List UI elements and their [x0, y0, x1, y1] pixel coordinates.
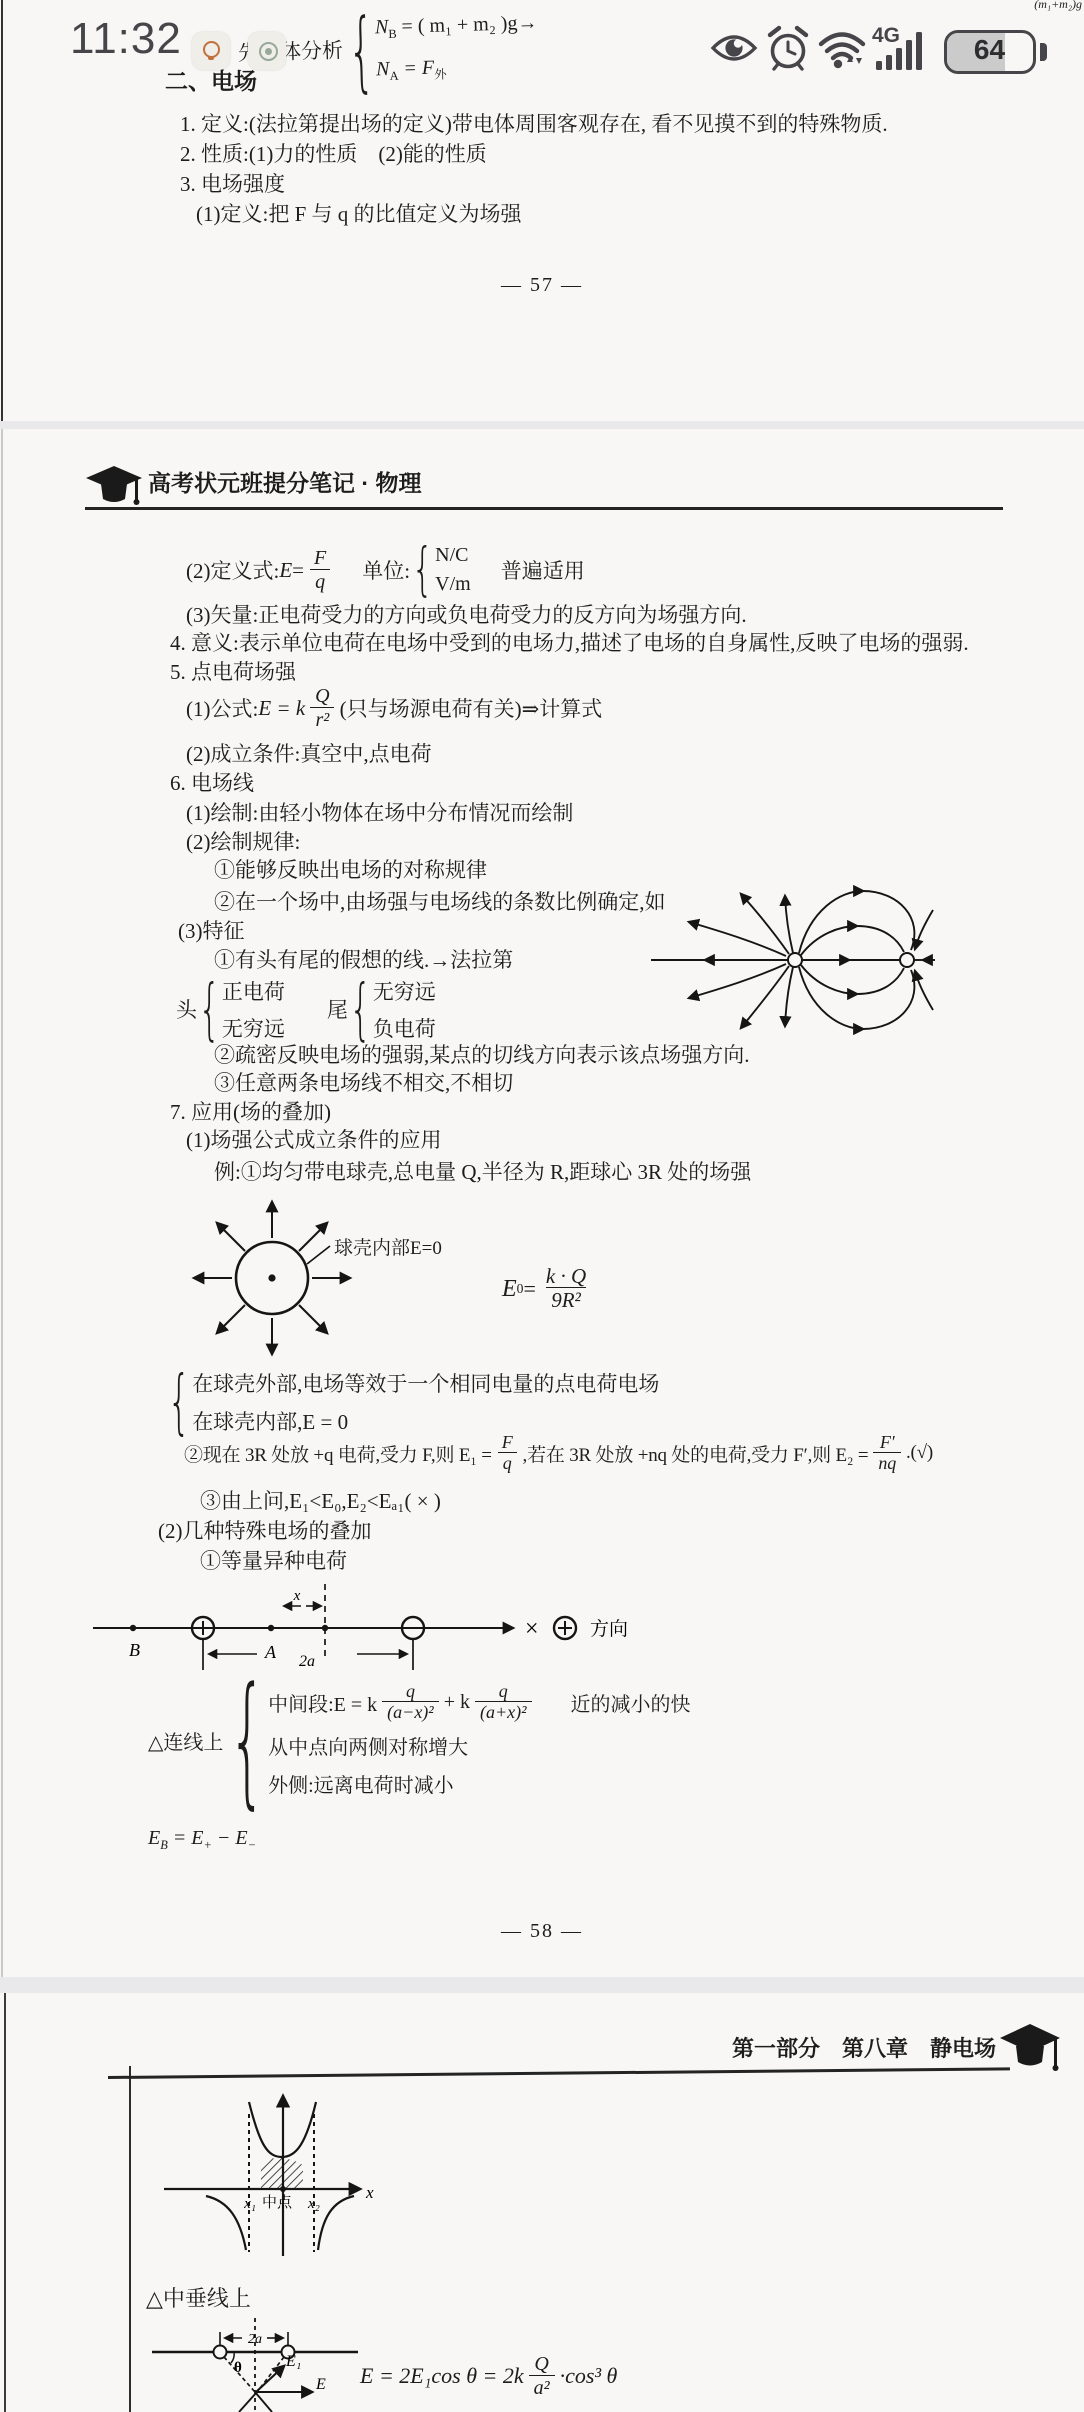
frac-den: (a−x)² [382, 1701, 439, 1723]
frac-den: 9R² [546, 1287, 586, 1312]
note-line: ①能够反映出电场的对称规律 [214, 858, 487, 883]
frac-num: F [497, 1433, 518, 1452]
app-glyph-dot [208, 56, 214, 60]
note-line: ②疏密反映电场的强弱,某点的切线方向表示该点场强方向. [214, 1043, 750, 1068]
left-brace: { [412, 537, 434, 603]
tail-option: 负电荷 [373, 1013, 436, 1043]
head-option: 正电荷 [222, 976, 285, 1006]
sphere-annotation: 球壳内部E=0 [334, 1238, 442, 1261]
label-x1: x₁ [243, 2196, 256, 2212]
frac-num: F′ [875, 1433, 900, 1452]
var: E = k [258, 696, 305, 721]
text: (1)公式: [186, 693, 258, 723]
online-cases-block: △连线上 { 中间段:E = k q(a−x)² + k q(a+x)² 近的减… [148, 1664, 691, 1816]
frac-num: k · Q [541, 1265, 591, 1287]
unit-label: 单位: [362, 555, 410, 585]
case-note: 近的减小的快 [571, 1688, 691, 1717]
label-theta: θ [234, 2360, 242, 2376]
frac-den: (a+x)² [475, 1701, 532, 1723]
note-line: 1. 定义:(法拉第提出场的定义)带电体周围客观存在, 看不见摸不到的特殊物质. [180, 112, 888, 137]
case-middle: 中间段:E = k q(a−x)² + k q(a+x)² 近的减小的快 [268, 1682, 690, 1723]
note-line: (1)绘制:由轻小物体在场中分布情况而绘制 [186, 801, 573, 826]
frac-num: q [494, 1682, 513, 1701]
note-line: 7. 应用(场的叠加) [170, 1100, 331, 1125]
alarm-clock-icon [766, 24, 810, 72]
sphere-center-dot [268, 1274, 275, 1281]
text: = [292, 558, 304, 583]
unit-option: N/C [435, 544, 471, 567]
tail-label: 尾 [327, 994, 348, 1024]
field-vs-position-graph: x₁ 中点 x₂ x [150, 2086, 410, 2282]
notification-app-icon-1 [192, 32, 230, 70]
frac-den: a² [529, 2375, 555, 2399]
text: 普遍适用 [501, 555, 585, 585]
note-line: 4. 意义:表示单位电荷在电场中受到的电场力,描述了电场的自身属性,反映了电场的… [170, 631, 969, 656]
text: E = 2E₁cos θ = 2k [360, 2363, 524, 2389]
book-title: 高考状元班提分笔记 · 物理 [148, 470, 421, 498]
left-brace: { [349, 970, 371, 1048]
head-option: 无穷远 [222, 1013, 285, 1043]
wifi-icon [818, 28, 866, 70]
cross-symbol: × [525, 1616, 539, 1642]
label-x: x [293, 1588, 301, 1604]
charge-left [214, 2346, 227, 2359]
frac-num: Q [310, 686, 334, 707]
app-glyph-dot [265, 48, 272, 55]
unit-option: V/m [435, 573, 471, 596]
cases-label: △连线上 [148, 1726, 223, 1755]
note-line: ①等量异种电荷 [200, 1549, 347, 1574]
note-line: (3)矢量:正电荷受力的方向或负电荷受力的反方向为场强方向. [186, 603, 747, 628]
page-number-58: — 58 — [0, 1920, 1084, 1943]
label-B: B [129, 1640, 140, 1660]
formula-line-point-charge: (1)公式: E = k Qr² (只与场源电荷有关)⇒计算式 [186, 678, 602, 738]
note-line: ③由上问,E₁<E₀,E₂<Eₐ₁( × ) [200, 1489, 441, 1514]
formula-E0: E0 = k · Q9R² [502, 1256, 596, 1322]
axis-label-x: x [365, 2183, 374, 2202]
text: (2)定义式: [186, 555, 279, 585]
frac-num: Q [529, 2354, 553, 2375]
eye-protection-icon [710, 30, 758, 66]
status-time: 11:32 [70, 14, 182, 64]
section-heading: 二、电场 [165, 68, 257, 96]
text: ·cos³ θ [560, 2363, 618, 2389]
note-line: (2)绘制规律: [186, 830, 300, 855]
subscript: 0 [517, 1281, 524, 1297]
text: ②现在 3R 处放 +q 电荷,受力 F,则 E₁ = [184, 1440, 492, 1467]
text: 中间段:E = k [268, 1688, 377, 1717]
scan-edge-line [4, 1993, 6, 2412]
dipole-field-lines-diagram [635, 878, 935, 1044]
note-line: (2)几种特殊电场的叠加 [158, 1519, 372, 1544]
section-label: △中垂线上 [146, 2286, 251, 2312]
text: ,若在 3R 处放 +nq 处的电荷,受力 F′,则 E₂ = [523, 1440, 869, 1467]
note-line: ③任意两条电场线不相交,不相切 [214, 1071, 513, 1096]
note-line: 例:①均匀带电球壳,总电量 Q,半径为 R,距球心 3R 处的场强 [214, 1160, 751, 1185]
formula-line-force: ②现在 3R 处放 +q 电荷,受力 F,则 E₁ = Fq ,若在 3R 处放… [184, 1422, 933, 1484]
signal-strength-icon [874, 28, 928, 70]
battery-percent: 64 [947, 34, 1032, 66]
label-2a: 2a [248, 2332, 262, 2347]
notification-app-icon-2 [248, 32, 286, 70]
frac-den: q [310, 569, 330, 593]
text: .(√) [906, 1442, 933, 1464]
formula-EB: EB = E+ − E− [148, 1826, 256, 1853]
case-line: 从中点向两侧对称增大 [268, 1731, 690, 1760]
scan-edge-line [1, 429, 3, 1977]
note-line: (1)场强公式成立条件的应用 [186, 1128, 442, 1153]
positive-charge [788, 953, 802, 967]
tail-option: 无穷远 [373, 976, 436, 1006]
label-midpoint: 中点 [262, 2193, 293, 2211]
charged-sphere-diagram [150, 1192, 470, 1368]
head-label: 头 [176, 994, 197, 1024]
corner-text-fragment: (m₁+m₂)g [1034, 0, 1082, 11]
graduation-cap-logo [1000, 2022, 1064, 2074]
label-direction: 方向 [590, 1618, 628, 1640]
frac-den: r² [310, 707, 334, 731]
note-line: (3)特征 [178, 919, 245, 944]
text: (只与场源电荷有关)⇒计算式 [340, 693, 603, 723]
left-brace: { [346, 0, 376, 102]
scan-edge-line [1, 0, 3, 421]
formula-line-definition: (2)定义式: E = Fq 单位: { N/C V/m 普遍适用 [186, 538, 585, 602]
text: + k [444, 1691, 470, 1714]
var-E: E [279, 558, 292, 583]
frac-num: F [309, 548, 331, 569]
left-brace: { [229, 1658, 267, 1823]
note-line: 2. 性质:(1)力的性质 (2)能的性质 [180, 142, 487, 167]
formula-bisector: E = 2E₁cos θ = 2k Qa² ·cos³ θ [360, 2348, 617, 2404]
var-E0: E [502, 1276, 517, 1303]
battery-cap [1040, 43, 1047, 61]
shell-case-line: 在球壳外部,电场等效于一个相同电量的点电荷电场 [192, 1368, 659, 1398]
scan-margin-line [129, 2066, 131, 2412]
analysis-eq-2: NA = F外 [376, 54, 539, 85]
frac-num: q [401, 1682, 420, 1701]
text: = [523, 1276, 535, 1302]
screen: 11:32 4G 64 [0, 0, 1084, 2412]
frac-den: nq [873, 1452, 901, 1474]
note-line: 6. 电场线 [170, 771, 254, 796]
header-rule [85, 507, 1003, 510]
left-brace: { [198, 970, 220, 1048]
analysis-eq-1: NB = ( m₁ + m₂ )g→ [375, 12, 538, 43]
chapter-header: 第一部分 第八章 静电场 [600, 2036, 996, 2062]
note-line: ②在一个场中,由场强与电场线的条数比例确定,如 [214, 890, 666, 915]
battery-icon: 64 [944, 30, 1036, 74]
negative-charge [900, 953, 914, 967]
label-E1: E₁ [285, 2353, 301, 2370]
page-number-57: — 57 — [0, 274, 1084, 297]
head-tail-braces: 头 { 正电荷 无穷远 尾 { 无穷远 负电荷 [176, 974, 436, 1044]
note-line: (1)定义:把 F 与 q 的比值定义为场强 [196, 202, 522, 227]
note-line: 3. 电场强度 [180, 172, 285, 197]
label-x2: x₂ [307, 2196, 320, 2212]
note-line: (2)成立条件:真空中,点电荷 [186, 742, 432, 767]
frac-den: q [498, 1452, 517, 1474]
graduation-cap-logo [86, 464, 142, 510]
case-line: 外侧:远离电荷时减小 [268, 1769, 690, 1798]
label-E: E [315, 2376, 326, 2393]
